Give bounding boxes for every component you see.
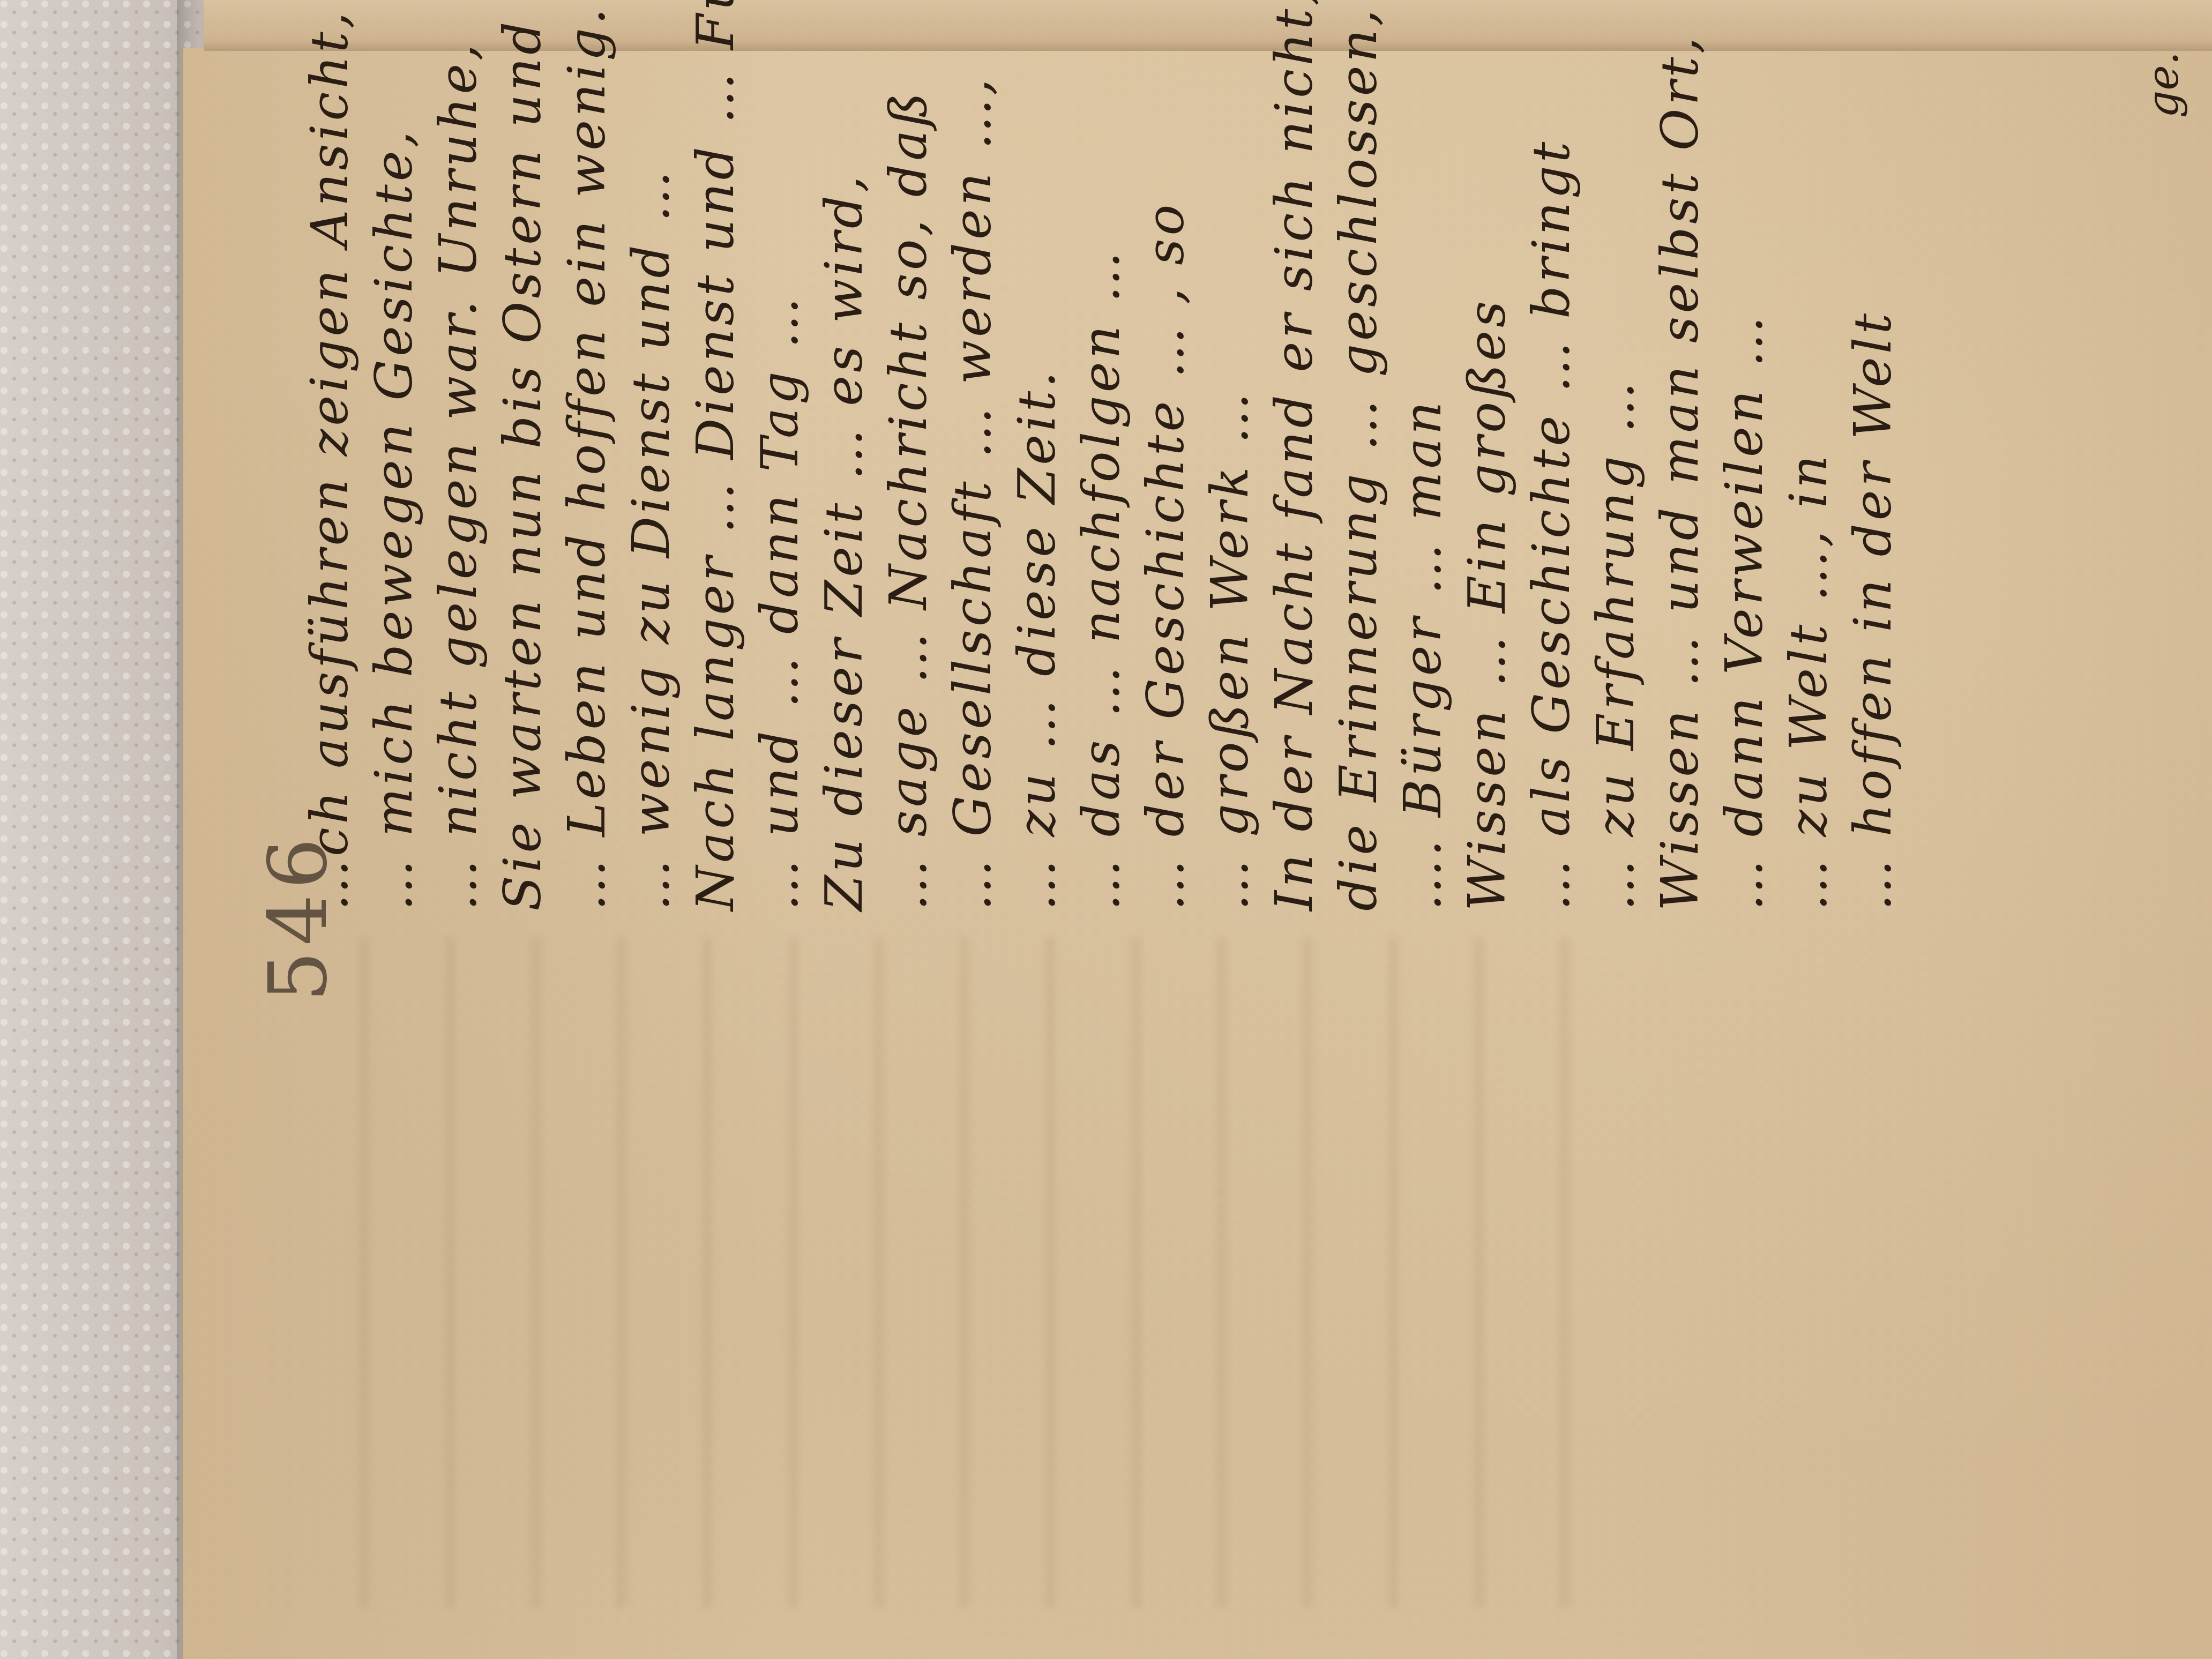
text-line: … zu … diese Zeit. <box>1007 368 1066 911</box>
text-line: …ch ausführen zeigen Ansicht, mich, <box>300 0 359 911</box>
text-line: Wissen … Ein großes <box>1458 298 1516 911</box>
text-line: … als Geschichte … bringt <box>1522 139 1581 911</box>
ink-bleed-through <box>322 938 1608 1608</box>
text-line: Nach langer … Dienst und … Fürst. <box>686 0 745 911</box>
catchword: ge. <box>2138 51 2188 118</box>
text-line: … zu Welt …, in <box>1779 452 1838 911</box>
text-line: Zu dieser Zeit … es wird, <box>814 173 873 911</box>
text-line: … Leben und hoffen ein wenig. Dieses <box>557 0 616 911</box>
text-line: … der Geschichte … , so <box>1136 201 1195 911</box>
text-line: … großen Werk … <box>1200 390 1259 911</box>
text-line: Wissen … und man selbst Ort, <box>1650 34 1709 911</box>
text-line: … dann Verweilen … <box>1715 313 1774 911</box>
text-line: … sage … Nachricht so, daß <box>879 89 938 911</box>
text-line: … zu Erfahrung … <box>1586 378 1645 911</box>
text-line: In der Nacht fand er sich nicht, <box>1265 0 1324 911</box>
text-line: …. Bürger … man <box>1393 398 1452 911</box>
text-line: … das … nachfolgen … <box>1072 248 1131 911</box>
text-line: … hoffen in der Welt <box>1843 310 1902 911</box>
text-line: Sie warten nun bis Ostern und in der Ost… <box>493 0 552 911</box>
text-line: … mich bewegen Gesichte, <box>364 128 423 911</box>
handwritten-text-block: …ch ausführen zeigen Ansicht, mich, … mi… <box>300 27 2068 911</box>
text-line: … wenig zu Dienst und … <box>622 168 681 911</box>
text-line: … Gesellschaft … werden …, <box>943 76 1002 911</box>
text-line: die Erinnerung … geschlossen, <box>1329 6 1388 911</box>
text-line: … und … dann Tag … <box>750 294 809 911</box>
text-line: … nicht gelegen war. Unruhe, <box>429 41 488 911</box>
